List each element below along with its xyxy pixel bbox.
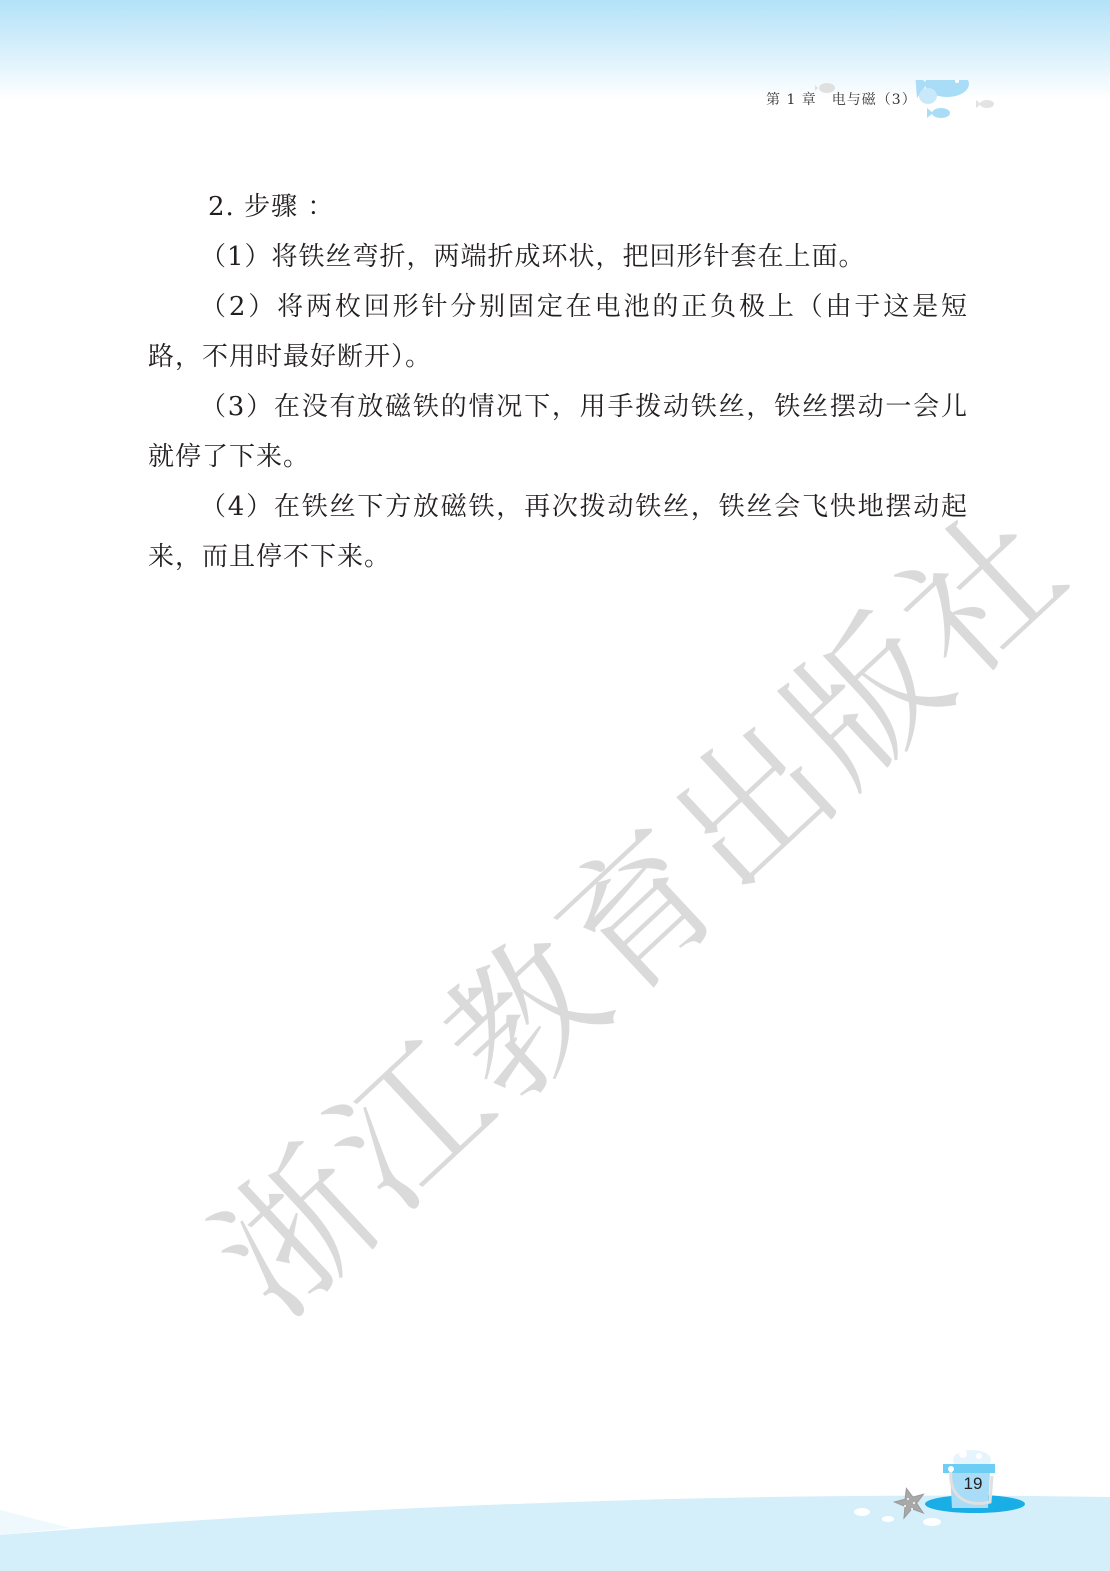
page-number: 19 bbox=[958, 1474, 988, 1494]
footer-wave bbox=[0, 1440, 1110, 1571]
step-3: （3）在没有放磁铁的情况下，用手拨动铁丝，铁丝摆动一会儿就停了下来。 bbox=[148, 382, 968, 482]
section-heading: 2. 步骤 ： bbox=[148, 182, 968, 232]
step-2: （2）将两枚回形针分别固定在电池的正负极上（由于这是短路，不用时最好断开）。 bbox=[148, 282, 968, 382]
step-1: （1）将铁丝弯折，两端折成环状，把回形针套在上面。 bbox=[148, 232, 968, 282]
fish-icon bbox=[815, 80, 1015, 125]
step-4: （4）在铁丝下方放磁铁，再次拨动铁丝，铁丝会飞快地摆动起来，而且停不下来。 bbox=[148, 482, 968, 582]
publisher-watermark: 浙江教育出版社 bbox=[160, 450, 1106, 1353]
document-body: 2. 步骤 ： （1）将铁丝弯折，两端折成环状，把回形针套在上面。 （2）将两枚… bbox=[148, 182, 968, 582]
